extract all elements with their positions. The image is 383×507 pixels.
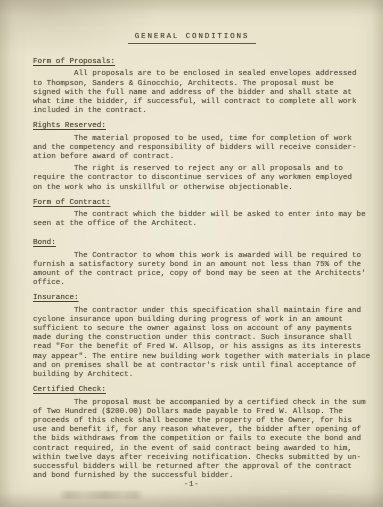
paragraph: The right is reserved to reject any or a… [33, 165, 367, 193]
page-title: GENERAL CONDITIONS [128, 33, 256, 44]
document-body: GENERAL CONDITIONS Form of Proposals: Al… [0, 0, 383, 481]
title-row: GENERAL CONDITIONS [25, 33, 359, 44]
section-heading-insurance: Insurance: [33, 294, 79, 303]
scanned-document-page: GENERAL CONDITIONS Form of Proposals: Al… [0, 0, 383, 507]
paragraph: The material proposed to be used, time f… [33, 135, 367, 163]
paragraph: The proposal must be accompanied by a ce… [33, 399, 367, 482]
section-heading-certified-check: Certified Check: [33, 386, 106, 395]
paragraph: The contract which the bidder will be as… [33, 211, 367, 229]
section-rights-reserved: Rights Reserved: The material proposed t… [33, 119, 367, 192]
section-bond: Bond: The Contractor to whom this work i… [33, 236, 367, 288]
paragraph: All proposals are to be enclosed in seal… [33, 70, 367, 116]
section-insurance: Insurance: The contractor under this spe… [33, 291, 367, 380]
paragraph: The contractor under this specification … [33, 307, 367, 381]
page-number: -1- [0, 481, 383, 489]
section-heading-bond: Bond: [33, 239, 56, 248]
section-form-of-proposals: Form of Proposals: All proposals are to … [33, 55, 367, 116]
section-heading-form-of-contract: Form of Contract: [33, 199, 110, 208]
section-heading-rights-reserved: Rights Reserved: [33, 122, 106, 131]
section-form-of-contract: Form of Contract: The contract which the… [33, 196, 367, 230]
paragraph: The Contractor to whom this work is awar… [33, 252, 367, 289]
section-certified-check: Certified Check: The proposal must be ac… [33, 383, 367, 481]
faint-pencil-stamp [58, 491, 144, 499]
section-heading-form-of-proposals: Form of Proposals: [33, 58, 115, 67]
